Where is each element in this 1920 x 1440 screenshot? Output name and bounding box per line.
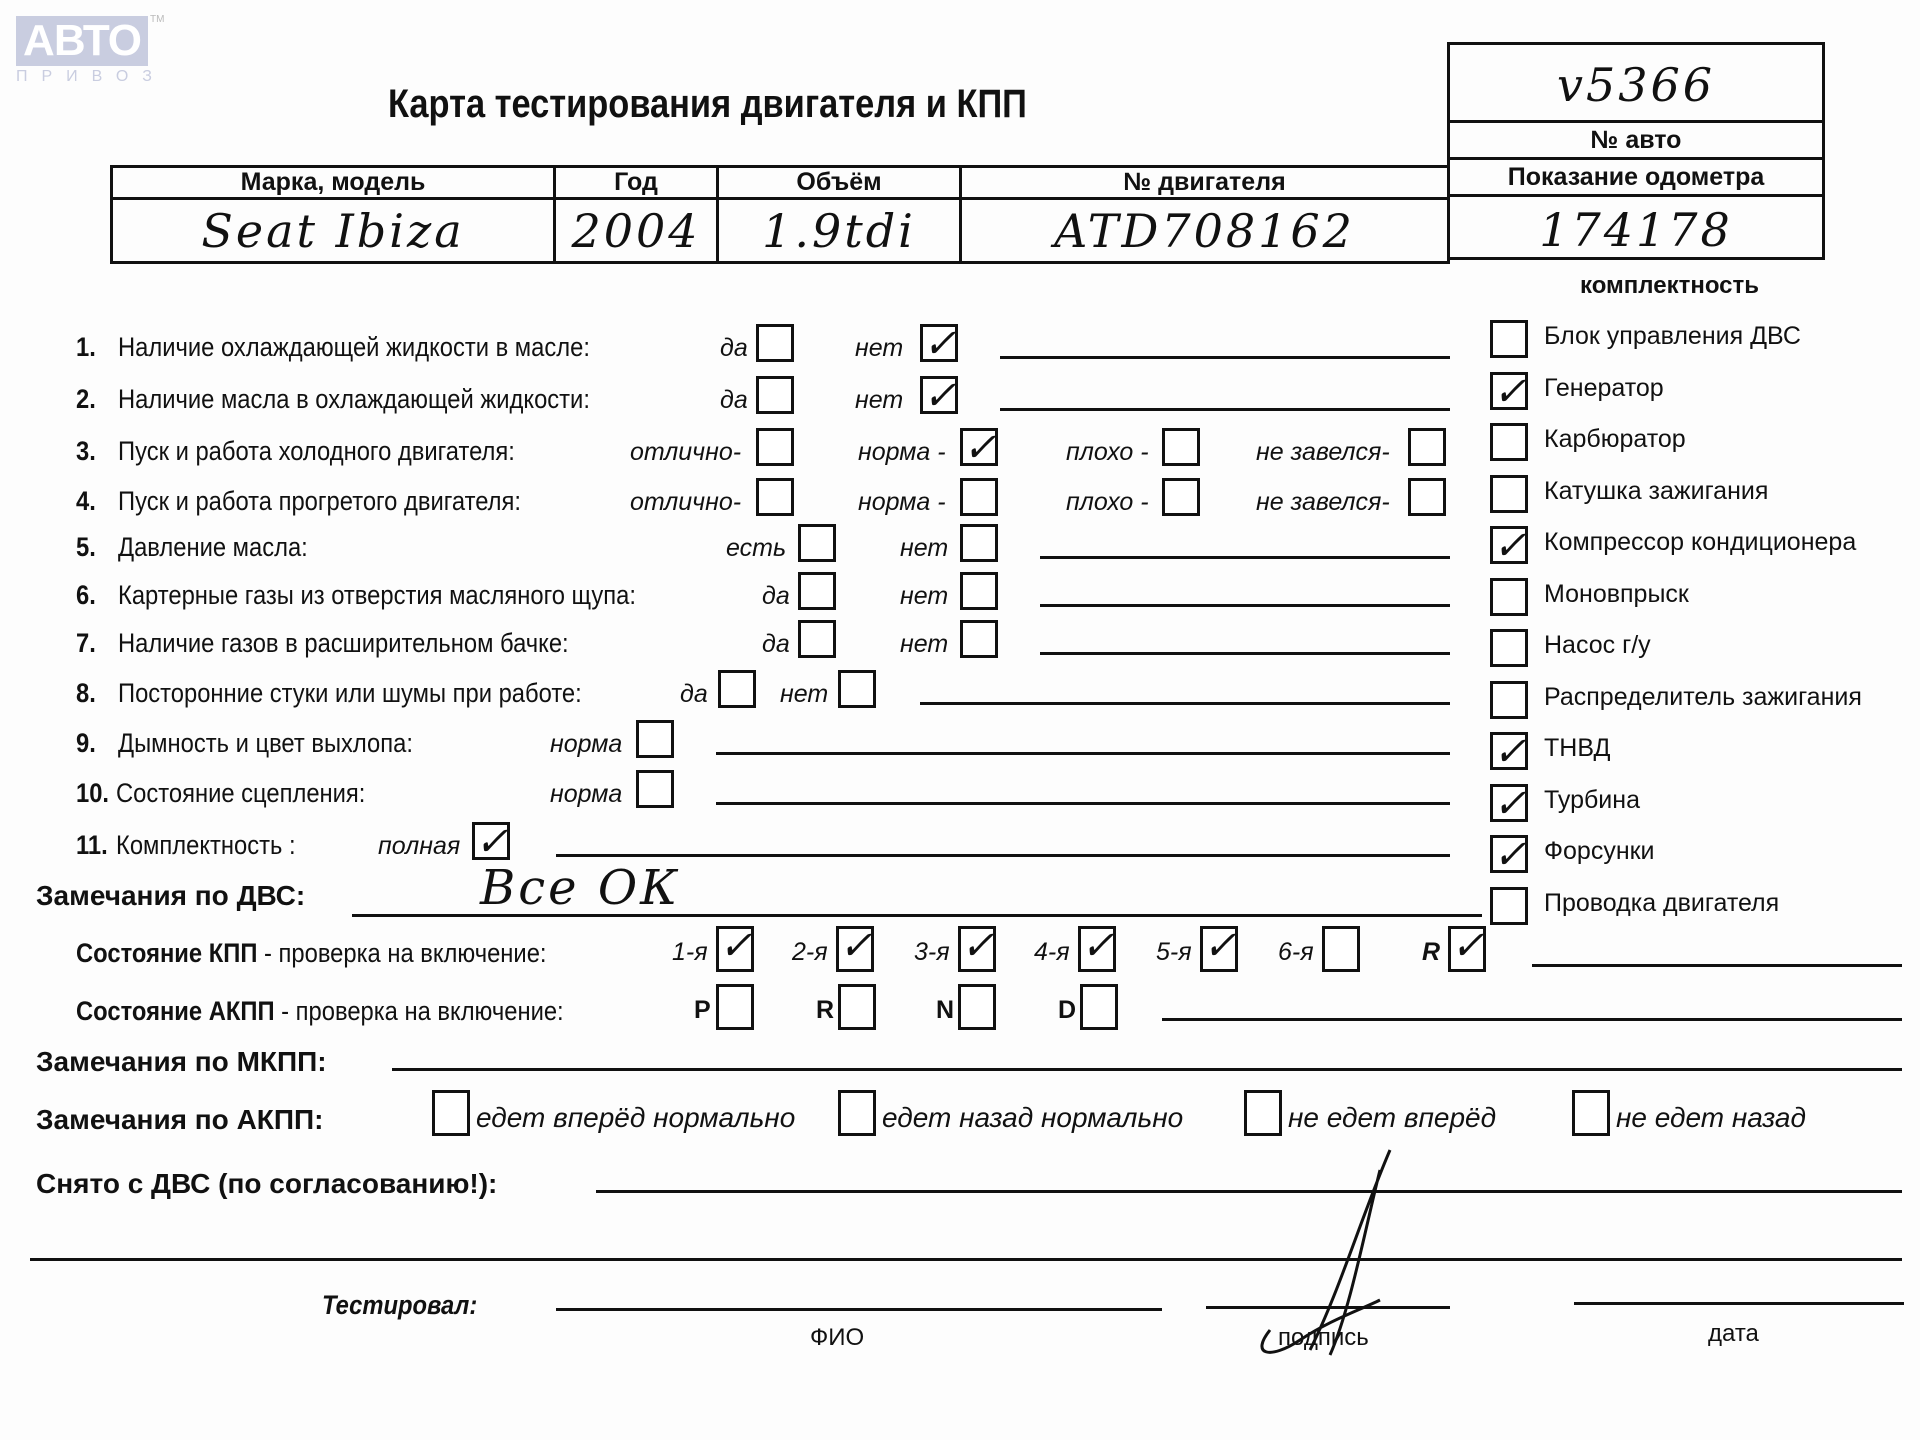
manual-gearbox-label: Состояние КПП - проверка на включение:: [76, 938, 547, 969]
option-checkbox[interactable]: [960, 524, 998, 562]
logo-subtitle: ПРИВОЗ: [16, 68, 166, 86]
gear-checkbox[interactable]: ✓: [716, 926, 754, 972]
question-text: Наличие охлаждающей жидкости в масле:: [118, 332, 590, 363]
mkpp-remarks-label: Замечания по МКПП:: [36, 1046, 327, 1078]
option-checkbox[interactable]: [960, 620, 998, 658]
logo-trademark: TM: [150, 14, 164, 25]
completeness-checkbox[interactable]: [1490, 578, 1528, 616]
question-text: Пуск и работа холодного двигателя:: [118, 436, 515, 467]
check-mark-icon: ✓: [719, 923, 753, 969]
year-field[interactable]: 2004: [555, 199, 718, 263]
check-mark-icon: ✓: [963, 425, 997, 471]
check-mark-icon: ✓: [1493, 523, 1527, 569]
check-mark-icon: ✓: [1493, 832, 1527, 878]
completeness-item-label: Насос г/у: [1544, 631, 1651, 660]
akpp-option-label: не едет назад: [1616, 1102, 1806, 1134]
position-label: P: [694, 996, 711, 1025]
option-label: да: [680, 680, 708, 709]
question-number: 4.: [76, 486, 96, 517]
auto-gearbox-label-rest: - проверка на включение:: [275, 996, 564, 1026]
position-checkbox[interactable]: [958, 984, 996, 1030]
gear-checkbox[interactable]: ✓: [958, 926, 996, 972]
akpp-remarks-label: Замечания по АКПП:: [36, 1104, 323, 1136]
completeness-item-label: Блок управления ДВС: [1544, 322, 1801, 351]
engine-remarks-line: [352, 914, 1482, 917]
gear-label: 5-я: [1156, 938, 1192, 967]
option-checkbox[interactable]: [798, 620, 836, 658]
option-label: норма -: [858, 488, 946, 517]
notes-line[interactable]: [1000, 356, 1450, 359]
option-label: нет: [900, 582, 948, 611]
handwritten-signature: [1240, 1140, 1410, 1360]
akpp-option-checkbox[interactable]: [432, 1090, 470, 1136]
gear-label: R: [1422, 938, 1440, 967]
option-label: норма: [550, 780, 622, 809]
akpp-option-checkbox[interactable]: [1572, 1090, 1610, 1136]
header-engine-number: № двигателя: [961, 167, 1449, 199]
question-number: 6.: [76, 580, 96, 611]
check-mark-icon: ✓: [1493, 781, 1527, 827]
gear-label: 4-я: [1034, 938, 1070, 967]
option-label: плохо -: [1066, 438, 1149, 467]
logo: АВТО: [16, 16, 148, 66]
date-line[interactable]: [1574, 1302, 1904, 1305]
option-label: не завелся-: [1256, 438, 1390, 467]
check-mark-icon: ✓: [923, 373, 957, 419]
notes-line[interactable]: [920, 702, 1450, 705]
question-number: 10.: [76, 778, 109, 809]
odometer-field[interactable]: 174178: [1450, 197, 1822, 263]
auto-number-field[interactable]: v5366: [1450, 45, 1822, 123]
gear-checkbox[interactable]: ✓: [836, 926, 874, 972]
manual-gearbox-line: [1532, 964, 1902, 967]
option-checkbox[interactable]: [756, 376, 794, 414]
date-caption: дата: [1708, 1320, 1759, 1348]
completeness-item-label: Катушка зажигания: [1544, 477, 1768, 506]
completeness-checkbox[interactable]: [1490, 629, 1528, 667]
option-checkbox[interactable]: [798, 524, 836, 562]
check-mark-icon: ✓: [1081, 923, 1115, 969]
option-label: нет: [780, 680, 828, 709]
check-mark-icon: ✓: [475, 819, 509, 865]
option-checkbox[interactable]: ✓: [960, 428, 998, 466]
option-checkbox[interactable]: [838, 670, 876, 708]
completeness-checkbox[interactable]: ✓: [1490, 526, 1528, 564]
header-make-model: Марка, модель: [112, 167, 555, 199]
akpp-option-checkbox[interactable]: [838, 1090, 876, 1136]
check-mark-icon: ✓: [1203, 923, 1237, 969]
completeness-checkbox[interactable]: [1490, 681, 1528, 719]
akpp-option-label: едет назад нормально: [882, 1102, 1183, 1134]
gear-label: 2-я: [792, 938, 828, 967]
question-number: 3.: [76, 436, 96, 467]
position-checkbox[interactable]: [716, 984, 754, 1030]
completeness-item-label: ТНВД: [1544, 734, 1610, 763]
option-checkbox[interactable]: [636, 720, 674, 758]
auto-number-label: № авто: [1450, 123, 1822, 160]
notes-line[interactable]: [1040, 652, 1450, 655]
option-checkbox[interactable]: ✓: [920, 324, 958, 362]
option-label: нет: [900, 630, 948, 659]
completeness-item-label: Проводка двигателя: [1544, 889, 1779, 918]
check-mark-icon: ✓: [1493, 369, 1527, 415]
auto-odometer-box: v5366 № авто Показание одометра 174178: [1447, 42, 1825, 260]
check-mark-icon: ✓: [839, 923, 873, 969]
engine-number-field[interactable]: ATD708162: [961, 199, 1449, 263]
position-checkbox[interactable]: [838, 984, 876, 1030]
fio-caption: ФИО: [810, 1324, 864, 1352]
question-number: 9.: [76, 728, 96, 759]
notes-line[interactable]: [1040, 556, 1450, 559]
option-label: да: [762, 582, 790, 611]
question-number: 1.: [76, 332, 96, 363]
engine-remarks-value[interactable]: Все ОК: [480, 860, 680, 916]
check-mark-icon: ✓: [1451, 923, 1485, 969]
option-label: нет: [855, 386, 903, 415]
gear-checkbox[interactable]: ✓: [1200, 926, 1238, 972]
engine-remarks-label: Замечания по ДВС:: [36, 880, 305, 912]
auto-gearbox-label-bold: Состояние АКПП: [76, 996, 275, 1026]
manual-gearbox-label-rest: - проверка на включение:: [257, 938, 546, 968]
tested-by-label: Тестировал:: [322, 1290, 477, 1321]
option-label: нет: [900, 534, 948, 563]
gear-label: 1-я: [672, 938, 708, 967]
option-checkbox[interactable]: [960, 572, 998, 610]
volume-field[interactable]: 1.9tdi: [718, 199, 961, 263]
completeness-item-label: Турбина: [1544, 786, 1640, 815]
page-title: Карта тестирования двигателя и КПП: [388, 82, 1027, 127]
completeness-checkbox[interactable]: ✓: [1490, 732, 1528, 770]
option-checkbox[interactable]: ✓: [920, 376, 958, 414]
position-label: N: [936, 996, 954, 1025]
option-label: норма: [550, 730, 622, 759]
question-text: Наличие газов в расширительном бачке:: [118, 628, 569, 659]
gear-checkbox[interactable]: ✓: [1448, 926, 1486, 972]
option-label: плохо -: [1066, 488, 1149, 517]
gear-label: 6-я: [1278, 938, 1314, 967]
question-number: 11.: [76, 830, 108, 861]
header-year: Год: [555, 167, 718, 199]
option-checkbox[interactable]: [960, 478, 998, 516]
question-number: 8.: [76, 678, 96, 709]
completeness-checkbox[interactable]: [1490, 320, 1528, 358]
question-number: 7.: [76, 628, 96, 659]
completeness-checkbox[interactable]: [1490, 423, 1528, 461]
vehicle-info-table: Марка, модель Год Объём № двигателя Seat…: [110, 165, 1450, 264]
option-checkbox[interactable]: [756, 478, 794, 516]
option-label: не завелся-: [1256, 488, 1390, 517]
fio-line[interactable]: [556, 1308, 1162, 1311]
check-mark-icon: ✓: [1493, 729, 1527, 775]
question-text: Состояние сцепления:: [116, 778, 365, 809]
option-checkbox[interactable]: ✓: [472, 822, 510, 860]
removed-label: Снято с ДВС (по согласованию!):: [36, 1168, 497, 1200]
option-label: норма -: [858, 438, 946, 467]
notes-line[interactable]: [716, 752, 1450, 755]
option-label: есть: [726, 534, 786, 563]
question-text: Пуск и работа прогретого двигателя:: [118, 486, 521, 517]
position-label: R: [816, 996, 834, 1025]
completeness-item-label: Форсунки: [1544, 837, 1655, 866]
notes-line[interactable]: [556, 854, 1450, 857]
position-label: D: [1058, 996, 1076, 1025]
option-checkbox[interactable]: [718, 670, 756, 708]
akpp-option-checkbox[interactable]: [1244, 1090, 1282, 1136]
question-text: Картерные газы из отверстия масляного щу…: [118, 580, 636, 611]
akpp-option-label: не едет вперёд: [1288, 1102, 1496, 1134]
completeness-item-label: Карбюратор: [1544, 425, 1686, 454]
completeness-heading: комплектность: [1580, 272, 1759, 300]
check-mark-icon: ✓: [961, 923, 995, 969]
removed-line-2: [30, 1258, 1902, 1261]
gear-checkbox[interactable]: ✓: [1078, 926, 1116, 972]
question-text: Дымность и цвет выхлопа:: [118, 728, 413, 759]
option-checkbox[interactable]: [798, 572, 836, 610]
option-label: полная: [378, 832, 460, 861]
option-checkbox[interactable]: [756, 428, 794, 466]
option-checkbox[interactable]: [1162, 478, 1200, 516]
option-label: отлично-: [630, 438, 741, 467]
odometer-label: Показание одометра: [1450, 160, 1822, 197]
question-number: 2.: [76, 384, 96, 415]
completeness-checkbox[interactable]: [1490, 475, 1528, 513]
completeness-item-label: Распределитель зажигания: [1544, 683, 1862, 712]
question-text: Наличие масла в охлаждающей жидкости:: [118, 384, 590, 415]
completeness-checkbox[interactable]: ✓: [1490, 372, 1528, 410]
manual-gearbox-label-bold: Состояние КПП: [76, 938, 257, 968]
notes-line[interactable]: [716, 802, 1450, 805]
option-label: да: [762, 630, 790, 659]
completeness-checkbox[interactable]: [1490, 887, 1528, 925]
check-mark-icon: ✓: [923, 321, 957, 367]
question-text: Посторонние стуки или шумы при работе:: [118, 678, 582, 709]
option-label: да: [720, 386, 748, 415]
completeness-checkbox[interactable]: ✓: [1490, 784, 1528, 822]
completeness-item-label: Моновпрыск: [1544, 580, 1689, 609]
gear-checkbox[interactable]: [1322, 926, 1360, 972]
akpp-option-label: едет вперёд нормально: [476, 1102, 795, 1134]
auto-gearbox-line: [1162, 1018, 1902, 1021]
option-label: да: [720, 334, 748, 363]
notes-line[interactable]: [1040, 604, 1450, 607]
position-checkbox[interactable]: [1080, 984, 1118, 1030]
option-checkbox[interactable]: [636, 770, 674, 808]
question-text: Комплектность :: [116, 830, 296, 861]
completeness-item-label: Компрессор кондиционера: [1544, 528, 1856, 557]
option-label: нет: [855, 334, 903, 363]
option-checkbox[interactable]: [1408, 478, 1446, 516]
question-number: 5.: [76, 532, 96, 563]
mkpp-remarks-line: [392, 1068, 1902, 1071]
auto-gearbox-label: Состояние АКПП - проверка на включение:: [76, 996, 564, 1027]
completeness-item-label: Генератор: [1544, 374, 1664, 403]
option-checkbox[interactable]: [1408, 428, 1446, 466]
option-checkbox[interactable]: [756, 324, 794, 362]
make-model-field[interactable]: Seat Ibiza: [112, 199, 555, 263]
notes-line[interactable]: [1000, 408, 1450, 411]
header-volume: Объём: [718, 167, 961, 199]
option-checkbox[interactable]: [1162, 428, 1200, 466]
question-text: Давление масла:: [118, 532, 308, 563]
option-label: отлично-: [630, 488, 741, 517]
completeness-checkbox[interactable]: ✓: [1490, 835, 1528, 873]
gear-label: 3-я: [914, 938, 950, 967]
